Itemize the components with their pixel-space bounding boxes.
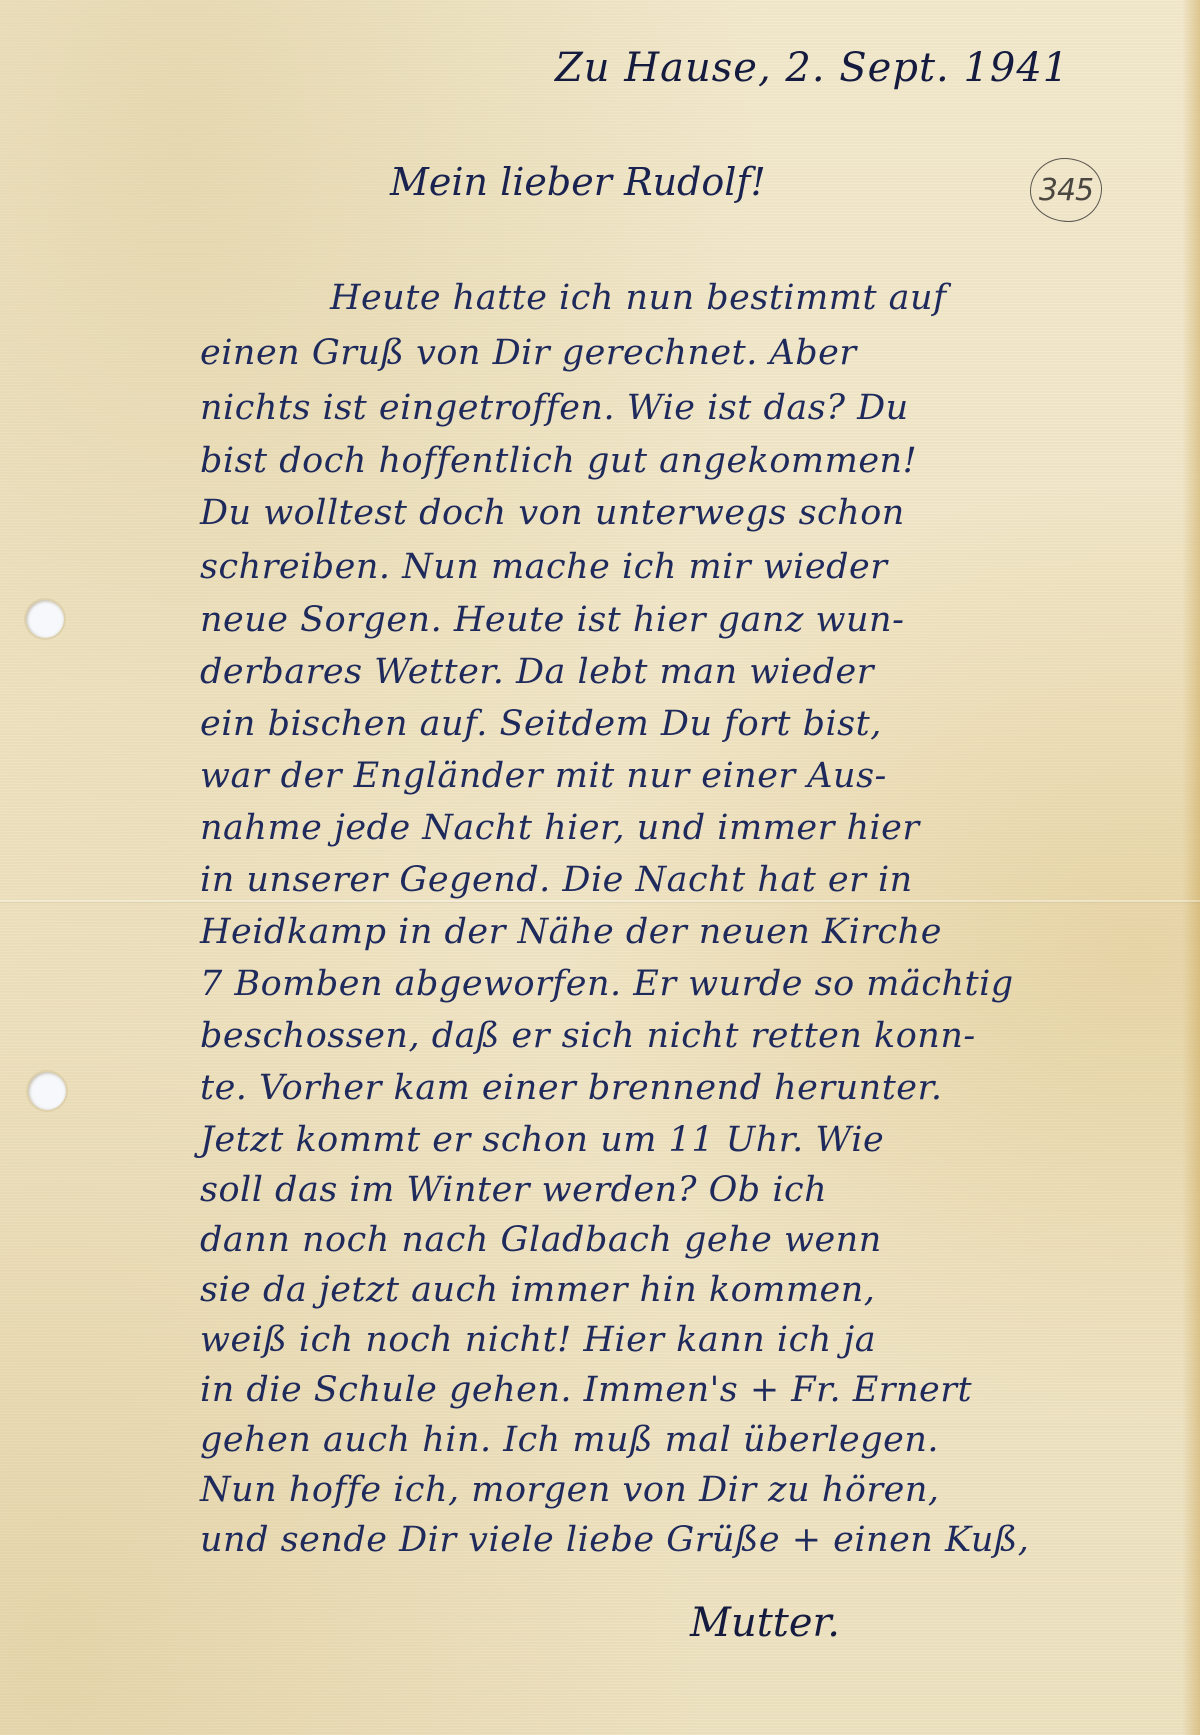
letter-line: war der Engländer mit nur einer Aus-: [200, 756, 887, 796]
letter-line: nichts ist eingetroffen. Wie ist das? Du: [200, 388, 909, 428]
letter-line: derbares Wetter. Da lebt man wieder: [200, 652, 874, 692]
letter-line: Du wolltest doch von unterwegs schon: [200, 493, 905, 533]
letter-signature: Mutter.: [690, 1600, 840, 1646]
letter-line: te. Vorher kam einer brennend herunter.: [200, 1068, 943, 1108]
letter-line: Nun hoffe ich, morgen von Dir zu hören,: [200, 1470, 940, 1510]
letter-dateline: Zu Hause, 2. Sept. 1941: [555, 45, 1069, 91]
punch-hole-bottom: [28, 1072, 66, 1110]
letter-line: ein bischen auf. Seitdem Du fort bist,: [200, 704, 882, 744]
letter-page: Zu Hause, 2. Sept. 1941 345 Mein lieber …: [0, 0, 1200, 1735]
letter-line: Heute hatte ich nun bestimmt auf: [330, 278, 947, 318]
letter-line: schreiben. Nun mache ich mir wieder: [200, 547, 887, 587]
letter-line: bist doch hoffentlich gut angekommen!: [200, 441, 917, 481]
letter-line: und sende Dir viele liebe Grüße + einen …: [200, 1520, 1029, 1560]
letter-line: soll das im Winter werden? Ob ich: [200, 1170, 827, 1210]
letter-line: neue Sorgen. Heute ist hier ganz wun-: [200, 600, 904, 640]
letter-line: sie da jetzt auch immer hin kommen,: [200, 1270, 875, 1310]
letter-line: einen Gruß von Dir gerechnet. Aber: [200, 333, 857, 373]
letter-line: gehen auch hin. Ich muß mal überlegen.: [200, 1420, 939, 1460]
letter-line: Jetzt kommt er schon um 11 Uhr. Wie: [200, 1120, 884, 1160]
letter-line: weiß ich noch nicht! Hier kann ich ja: [200, 1320, 876, 1360]
punch-hole-top: [26, 600, 64, 638]
letter-line: Heidkamp in der Nähe der neuen Kirche: [200, 912, 942, 952]
letter-line: dann noch nach Gladbach gehe wenn: [200, 1220, 882, 1260]
letter-line: beschossen, daß er sich nicht retten kon…: [200, 1016, 976, 1056]
letter-salutation: Mein lieber Rudolf!: [390, 160, 766, 204]
paper-edge-stain: [1182, 0, 1200, 1735]
archive-number-stamp: 345: [1030, 158, 1102, 222]
letter-line: 7 Bomben abgeworfen. Er wurde so mächtig: [200, 964, 1014, 1004]
paper-fold: [0, 900, 1200, 902]
letter-line: in die Schule gehen. Immen's + Fr. Erner…: [200, 1370, 972, 1410]
letter-line: in unserer Gegend. Die Nacht hat er in: [200, 860, 913, 900]
letter-line: nahme jede Nacht hier, und immer hier: [200, 808, 920, 848]
